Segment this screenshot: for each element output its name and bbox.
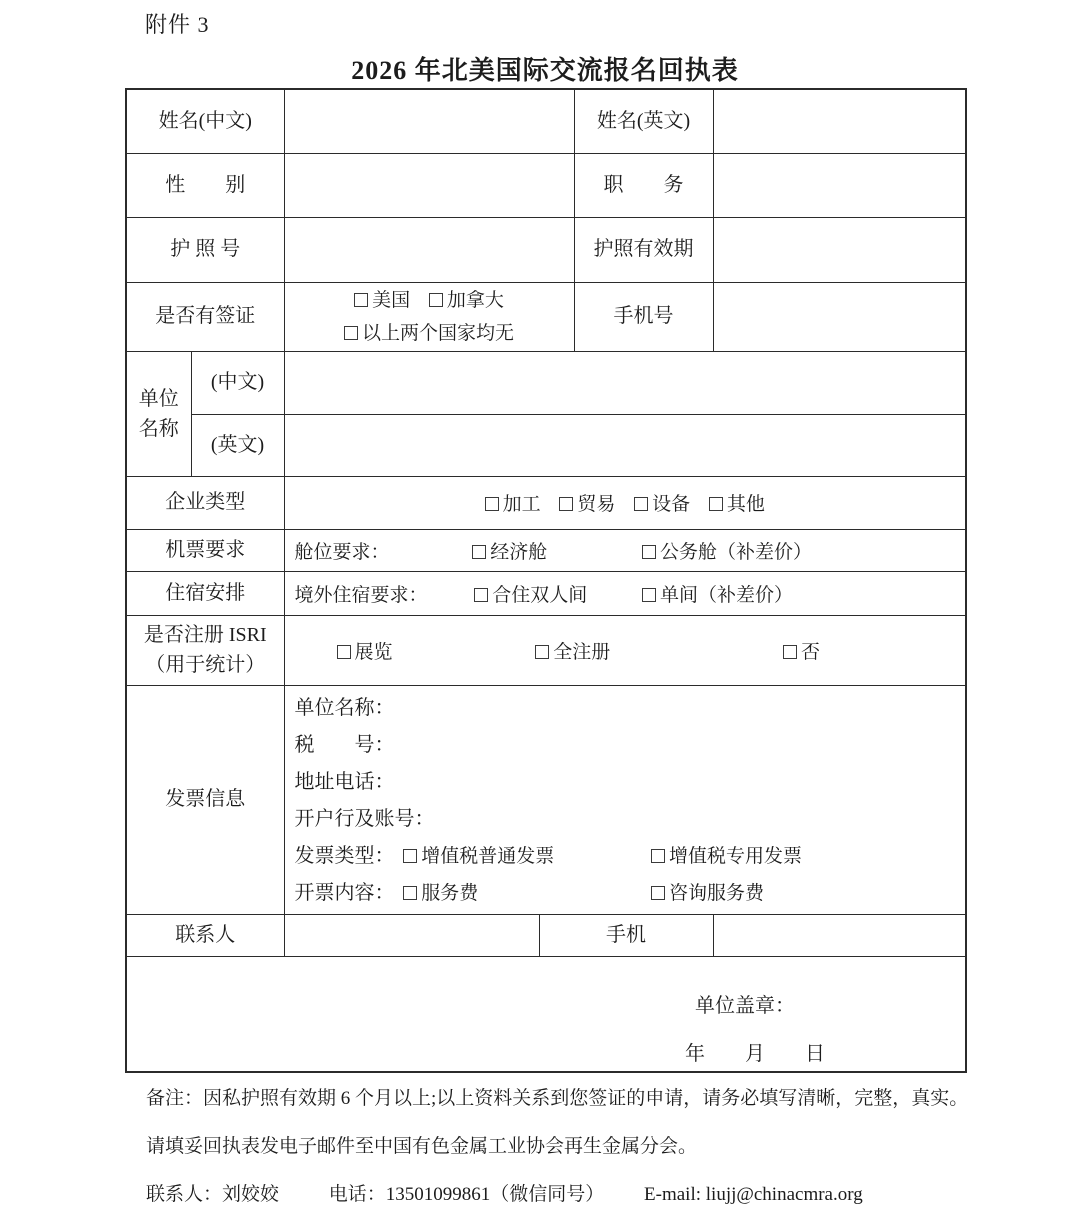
checkbox-label: 其他	[727, 494, 765, 515]
checkbox-icon	[474, 588, 488, 602]
visa-label: 是否有签证	[126, 282, 284, 351]
isri-label-line2: （用于统计）	[127, 650, 284, 680]
mobile-field	[713, 282, 966, 351]
position-label: 职 务	[574, 153, 713, 217]
invoice-bank-line: 开户行及账号：	[295, 801, 966, 838]
lodging-options-cell: 境外住宿要求： 合住双人间 单间（补差价）	[284, 571, 966, 615]
lodging-option-shared: 合住双人间	[474, 585, 587, 606]
visa-options-line1: 美国 加拿大	[285, 284, 574, 317]
footer-phone: 电话：13501099861（微信同号）	[329, 1179, 605, 1206]
checkbox-icon	[344, 326, 358, 340]
contact-field	[284, 914, 539, 956]
checkbox-label: 公务舱（补差价）	[660, 542, 812, 563]
isri-label: 是否注册 ISRI （用于统计）	[126, 615, 284, 685]
enterprise-option-other: 其他	[709, 494, 765, 515]
footer-contacts: 联系人：刘姣姣 电话：13501099861（微信同号） E-mail: liu…	[146, 1179, 946, 1206]
checkbox-label: 以上两个国家均无	[362, 323, 514, 344]
checkbox-icon	[783, 645, 797, 659]
row-enterprise-type: 企业类型 加工 贸易 设备 其他	[126, 476, 966, 529]
name-cn-label: 姓名(中文)	[126, 89, 284, 153]
checkbox-label: 服务费	[421, 883, 478, 904]
company-cn-field	[284, 351, 966, 414]
checkbox-label: 合住双人间	[492, 585, 587, 606]
seal-label: 单位盖章：	[127, 989, 795, 1023]
cabin-options-cell: 舱位要求： 经济舱 公务舱（补差价）	[284, 529, 966, 571]
checkbox-icon	[642, 545, 656, 559]
checkbox-icon	[429, 293, 443, 307]
position-field	[713, 153, 966, 217]
company-cn-label: (中文)	[191, 351, 284, 414]
row-name: 姓名(中文) 姓名(英文)	[126, 89, 966, 153]
checkbox-icon	[651, 886, 665, 900]
row-contact: 联系人 手机	[126, 914, 966, 956]
name-cn-field	[284, 89, 574, 153]
company-en-label: (英文)	[191, 414, 284, 476]
invoice-content-option-service: 服务费	[403, 883, 478, 904]
checkbox-label: 否	[801, 642, 820, 663]
row-visa: 是否有签证 美国 加拿大 以上两个国家均无 手机号	[126, 282, 966, 351]
page-title: 2026 年北美国际交流报名回执表	[125, 50, 965, 87]
footer-contact-person: 联系人：刘姣姣	[146, 1179, 279, 1206]
row-company-cn: 单位 名称 (中文)	[126, 351, 966, 414]
name-en-field	[713, 89, 966, 153]
row-lodging: 住宿安排 境外住宿要求： 合住双人间 单间（补差价）	[126, 571, 966, 615]
isri-option-no: 否	[783, 642, 820, 663]
footer-email: E-mail: liujj@chinacmra.org	[644, 1184, 863, 1206]
invoice-type-line: 发票类型： 增值税普通发票 增值税专用发票	[295, 838, 966, 875]
enterprise-type-label: 企业类型	[126, 476, 284, 529]
seal-cell: 单位盖章： 年 月 日	[126, 956, 966, 1072]
checkbox-icon	[403, 849, 417, 863]
checkbox-label: 增值税普通发票	[421, 846, 554, 867]
checkbox-icon	[634, 497, 648, 511]
checkbox-label: 加工	[503, 494, 541, 515]
lodging-prompt: 境外住宿要求：	[295, 585, 428, 606]
date-line: 年 月 日	[127, 1037, 825, 1071]
note-line-1: 备注：因私护照有效期 6 个月以上;以上资料关系到您签证的申请，请务必填写清晰，…	[146, 1083, 946, 1110]
attachment-label: 附件 3	[145, 8, 210, 39]
row-gender-position: 性 别 职 务	[126, 153, 966, 217]
row-company-en: (英文)	[126, 414, 966, 476]
invoice-info-cell: 单位名称： 税 号： 地址电话： 开户行及账号： 发票类型： 增值税普通发票 增…	[284, 685, 966, 914]
visa-options-line2: 以上两个国家均无	[285, 317, 574, 350]
company-name-label-line2: 名称	[127, 414, 191, 444]
company-en-field	[284, 414, 966, 476]
name-en-label: 姓名(英文)	[574, 89, 713, 153]
checkbox-icon	[642, 588, 656, 602]
visa-options-cell: 美国 加拿大 以上两个国家均无	[284, 282, 574, 351]
checkbox-icon	[403, 886, 417, 900]
mobile-label: 手机号	[574, 282, 713, 351]
contact-mobile-field	[713, 914, 966, 956]
gender-label: 性 别	[126, 153, 284, 217]
passport-no-field	[284, 217, 574, 282]
checkbox-label: 设备	[652, 494, 690, 515]
checkbox-icon	[559, 497, 573, 511]
registration-form-table: 姓名(中文) 姓名(英文) 性 别 职 务 护 照 号 护照有效期 是否有签证	[125, 88, 967, 1073]
checkbox-icon	[472, 545, 486, 559]
checkbox-icon	[709, 497, 723, 511]
enterprise-option-trade: 贸易	[559, 494, 615, 515]
invoice-content-option-consulting: 咨询服务费	[651, 883, 764, 904]
row-invoice: 发票信息 单位名称： 税 号： 地址电话： 开户行及账号： 发票类型： 增值税普…	[126, 685, 966, 914]
checkbox-label: 单间（补差价）	[660, 585, 793, 606]
row-isri: 是否注册 ISRI （用于统计） 展览 全注册 否	[126, 615, 966, 685]
visa-option-canada: 加拿大	[429, 290, 504, 311]
company-name-label: 单位 名称	[126, 351, 191, 476]
checkbox-label: 展览	[355, 642, 393, 663]
checkbox-label: 全注册	[553, 642, 610, 663]
row-passport: 护 照 号 护照有效期	[126, 217, 966, 282]
checkbox-label: 美国	[372, 290, 410, 311]
checkbox-icon	[535, 645, 549, 659]
note-line-2: 请填妥回执表发电子邮件至中国有色金属工业协会再生金属分会。	[146, 1131, 946, 1158]
passport-validity-label: 护照有效期	[574, 217, 713, 282]
checkbox-label: 贸易	[577, 494, 615, 515]
contact-label: 联系人	[126, 914, 284, 956]
invoice-label: 发票信息	[126, 685, 284, 914]
invoice-address-line: 地址电话：	[295, 764, 966, 801]
isri-option-expo: 展览	[337, 642, 393, 663]
visa-option-usa: 美国	[354, 290, 410, 311]
flight-label: 机票要求	[126, 529, 284, 571]
checkbox-label: 经济舱	[490, 542, 547, 563]
invoice-content-line: 开票内容： 服务费 咨询服务费	[295, 875, 966, 912]
isri-options-cell: 展览 全注册 否	[284, 615, 966, 685]
checkbox-label: 加拿大	[447, 290, 504, 311]
checkbox-icon	[354, 293, 368, 307]
visa-option-none: 以上两个国家均无	[344, 323, 514, 344]
cabin-prompt: 舱位要求：	[295, 542, 390, 563]
invoice-type-prompt: 发票类型：	[295, 845, 395, 867]
company-name-label-line1: 单位	[127, 384, 191, 414]
document-page: 附件 3 2026 年北美国际交流报名回执表 姓名(中文) 姓名(英文) 性 别…	[0, 0, 1080, 1212]
isri-label-line1: 是否注册 ISRI	[127, 620, 284, 650]
passport-no-label: 护 照 号	[126, 217, 284, 282]
invoice-type-option-general: 增值税普通发票	[403, 846, 554, 867]
lodging-label: 住宿安排	[126, 571, 284, 615]
checkbox-icon	[651, 849, 665, 863]
row-seal: 单位盖章： 年 月 日	[126, 956, 966, 1072]
enterprise-type-options-cell: 加工 贸易 设备 其他	[284, 476, 966, 529]
row-flight: 机票要求 舱位要求： 经济舱 公务舱（补差价）	[126, 529, 966, 571]
enterprise-option-processing: 加工	[485, 494, 541, 515]
gender-field	[284, 153, 574, 217]
checkbox-label: 增值税专用发票	[669, 846, 802, 867]
passport-validity-field	[713, 217, 966, 282]
cabin-option-business: 公务舱（补差价）	[642, 542, 812, 563]
invoice-tax-line: 税 号：	[295, 727, 966, 764]
enterprise-option-equipment: 设备	[634, 494, 690, 515]
invoice-type-option-special: 增值税专用发票	[651, 846, 802, 867]
checkbox-label: 咨询服务费	[669, 883, 764, 904]
contact-mobile-label: 手机	[539, 914, 713, 956]
checkbox-icon	[485, 497, 499, 511]
invoice-company-line: 单位名称：	[295, 690, 966, 727]
checkbox-icon	[337, 645, 351, 659]
cabin-option-economy: 经济舱	[472, 542, 547, 563]
isri-option-full: 全注册	[535, 642, 610, 663]
lodging-option-single: 单间（补差价）	[642, 585, 793, 606]
invoice-content-prompt: 开票内容：	[295, 882, 395, 904]
